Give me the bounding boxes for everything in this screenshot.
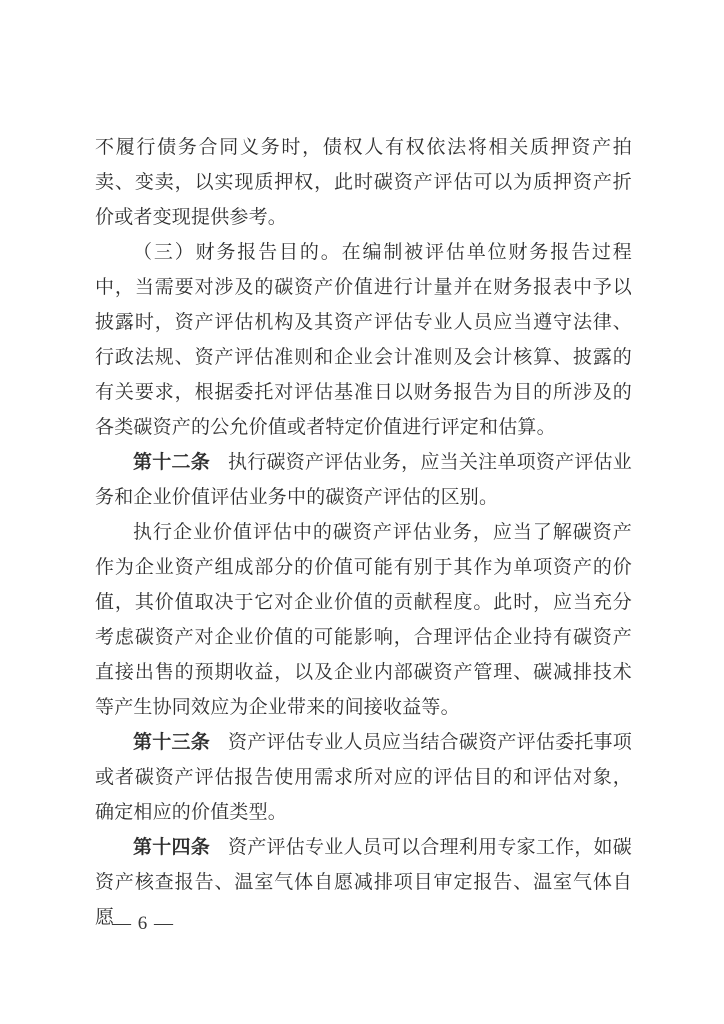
article-number: 第十三条 bbox=[133, 732, 228, 753]
paragraph-article-12-detail: 执行企业价值评估中的碳资产评估业务，应当了解碳资产作为企业资产组成部分的价值可能… bbox=[95, 515, 632, 725]
paragraph-text: （三）财务报告目的。在编制被评估单位财务报告过程中，当需要对涉及的碳资产价值进行… bbox=[95, 242, 632, 438]
paragraph-item-3: （三）财务报告目的。在编制被评估单位财务报告过程中，当需要对涉及的碳资产价值进行… bbox=[95, 235, 632, 445]
article-number: 第十四条 bbox=[133, 837, 228, 858]
paragraph-continued: 不履行债务合同义务时，债权人有权依法将相关质押资产拍卖、变卖，以实现质押权，此时… bbox=[95, 130, 632, 235]
paragraph-article-12: 第十二条执行碳资产评估业务，应当关注单项资产评估业务和企业价值评估业务中的碳资产… bbox=[95, 445, 632, 515]
article-number: 第十二条 bbox=[133, 452, 228, 473]
paragraph-text: 执行企业价值评估中的碳资产评估业务，应当了解碳资产作为企业资产组成部分的价值可能… bbox=[95, 522, 632, 718]
document-body: 不履行债务合同义务时，债权人有权依法将相关质押资产拍卖、变卖，以实现质押权，此时… bbox=[95, 130, 632, 935]
document-page: 不履行债务合同义务时，债权人有权依法将相关质押资产拍卖、变卖，以实现质押权，此时… bbox=[0, 0, 724, 1024]
paragraph-article-13: 第十三条资产评估专业人员应当结合碳资产评估委托事项或者碳资产评估报告使用需求所对… bbox=[95, 725, 632, 830]
paragraph-article-14: 第十四条资产评估专业人员可以合理利用专家工作，如碳资产核查报告、温室气体自愿减排… bbox=[95, 830, 632, 935]
paragraph-text: 不履行债务合同义务时，债权人有权依法将相关质押资产拍卖、变卖，以实现质押权，此时… bbox=[95, 137, 632, 228]
page-number: — 6 — bbox=[112, 906, 174, 941]
